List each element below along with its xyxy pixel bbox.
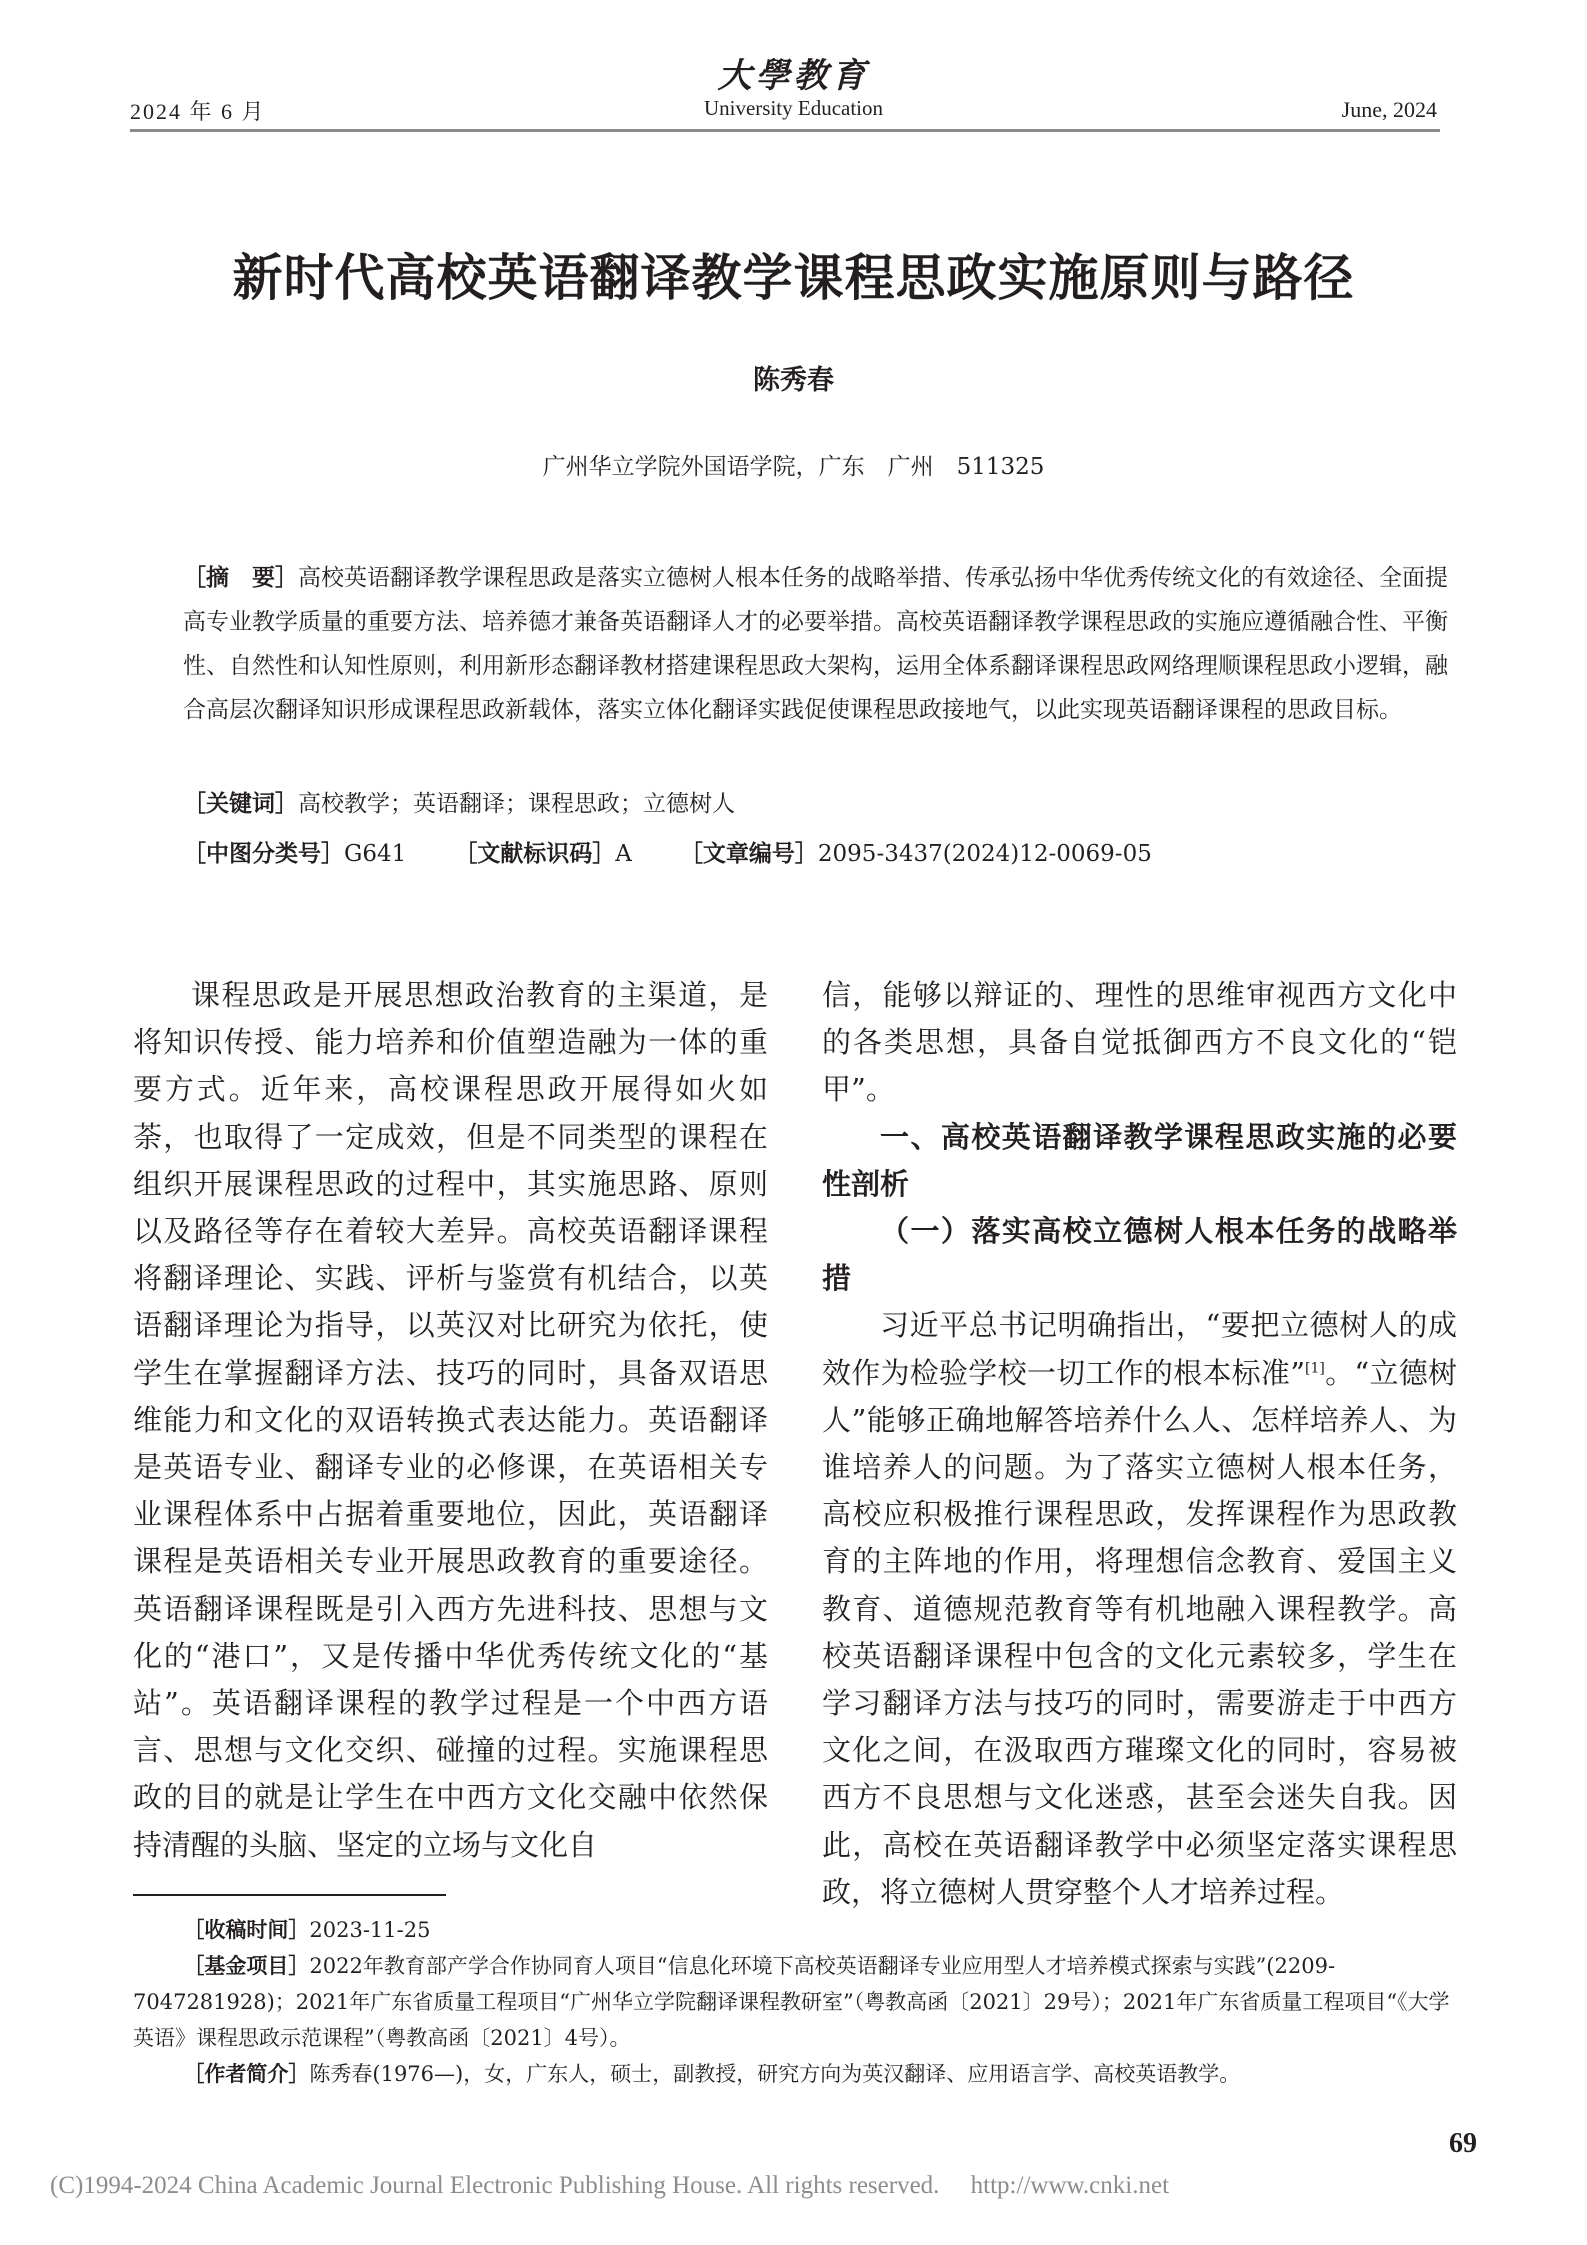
abstract-label: ［摘 要］ (183, 565, 298, 591)
footnotes: ［收稿时间］2023-11-25 ［基金项目］2022年教育部产学合作协同育人项… (133, 1912, 1463, 2092)
page-number: 69 (1449, 2128, 1477, 2160)
abstract: ［摘 要］高校英语翻译教学课程思政是落实立德树人根本任务的战略举措、传承弘扬中华… (183, 556, 1463, 732)
fund-label: ［基金项目］ (183, 1954, 309, 1978)
author-bio: ［作者简介］陈秀春(1976—)，女，广东人，硕士，副教授，研究方向为英汉翻译、… (133, 2056, 1463, 2092)
footnote-rule (133, 1894, 446, 1896)
received-label: ［收稿时间］ (183, 1918, 309, 1942)
keywords-text: 高校教学；英语翻译；课程思政；立德树人 (298, 791, 735, 817)
article-author: 陈秀春 (0, 358, 1587, 397)
body-paragraph-2: 习近平总书记明确指出，“要把立德树人的成效作为检验学校一切工作的根本标准”[1]… (822, 1302, 1457, 1916)
section-heading-1: 一、高校英语翻译教学课程思政实施的必要性剖析 (822, 1114, 1457, 1208)
article-title: 新时代高校英语翻译教学课程思政实施原则与路径 (0, 238, 1587, 310)
article-no-label: ［文章编号］ (680, 841, 818, 867)
clc-label: ［中图分类号］ (183, 841, 344, 867)
issue-date-en: June, 2024 (1342, 97, 1437, 123)
abstract-text: 高校英语翻译教学课程思政是落实立德树人根本任务的战略举措、传承弘扬中华优秀传统文… (183, 565, 1448, 723)
intro-paragraph-continued: 信，能够以辩证的、理性的思维审视西方文化中的各类思想，具备自觉抵御西方不良文化的… (822, 972, 1457, 1114)
copyright-notice: (C)1994-2024 China Academic Journal Elec… (50, 2165, 1169, 2201)
clc-value: G641 (344, 841, 406, 867)
keywords-label: ［关键词］ (183, 791, 298, 817)
body-column-right: 信，能够以辩证的、理性的思维审视西方文化中的各类思想，具备自觉抵御西方不良文化的… (822, 972, 1457, 1916)
body-column-left: 课程思政是开展思想政治教育的主渠道，是将知识传授、能力培养和价值塑造融为一体的重… (133, 972, 768, 1869)
fund-value: 2022年教育部产学合作协同育人项目“信息化环境下高校英语翻译专业应用型人才培养… (133, 1954, 1450, 2050)
fund-projects: ［基金项目］2022年教育部产学合作协同育人项目“信息化环境下高校英语翻译专业应… (133, 1948, 1463, 2056)
doc-code-label: ［文献标识码］ (454, 841, 615, 867)
paragraph-text-after-citation: 。“立德树人”能够正确地解答培养什么人、怎样培养人、为谁培养人的问题。为了落实立… (822, 1356, 1457, 1909)
article-no-value: 2095-3437(2024)12-0069-05 (818, 841, 1152, 867)
intro-paragraph: 课程思政是开展思想政治教育的主渠道，是将知识传授、能力培养和价值塑造融为一体的重… (133, 972, 768, 1869)
keywords: ［关键词］高校教学；英语翻译；课程思政；立德树人 (183, 785, 735, 818)
subsection-heading-1-1: （一）落实高校立德树人根本任务的战略举措 (822, 1208, 1457, 1302)
author-bio-value: 陈秀春(1976—)，女，广东人，硕士，副教授，研究方向为英汉翻译、应用语言学、… (309, 2062, 1240, 2086)
journal-logo: 大學教育 (0, 48, 1587, 97)
doc-code-value: A (615, 841, 632, 867)
received-value: 2023-11-25 (309, 1918, 430, 1942)
classification-line: ［中图分类号］G641［文献标识码］A［文章编号］2095-3437(2024)… (183, 835, 1152, 868)
author-affiliation: 广州华立学院外国语学院，广东 广州 511325 (0, 448, 1587, 481)
header-rule (130, 129, 1440, 132)
received-date: ［收稿时间］2023-11-25 (133, 1912, 1463, 1948)
author-bio-label: ［作者简介］ (183, 2062, 309, 2086)
citation-ref-1[interactable]: [1] (1305, 1360, 1325, 1376)
